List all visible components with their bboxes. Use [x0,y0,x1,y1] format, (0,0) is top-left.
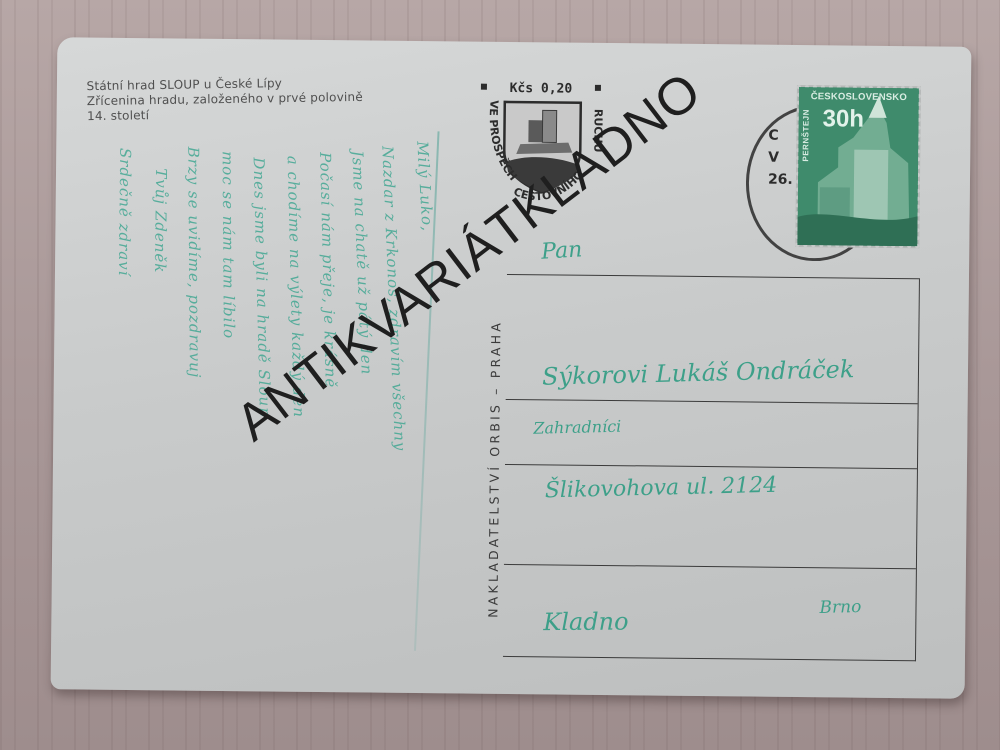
svg-text:Kčs 0,20: Kčs 0,20 [510,81,573,97]
stamp-value: 30h [822,105,864,133]
caption-line: 14. století [87,105,363,124]
address-line [506,399,918,404]
stamp-country: ČESKOSLOVENSKO [803,91,915,103]
postage-stamp: ČESKOSLOVENSKO 30h PERNŠTEJN [797,87,919,246]
address-title: Zahradníci [533,417,621,438]
handwriting-column: Tvůj Zdeněk [151,168,170,273]
address-district: Brno [819,597,861,618]
address-line [504,564,916,569]
address-city: Kladno [543,608,628,637]
handwriting-column: Brzy se uvidíme, pozdravuj [184,147,204,379]
publisher-imprint: NAKLADATELSTVÍ ORBIS – PRAHA [485,274,504,664]
postmark-letter: C [768,125,793,147]
address-line [507,274,919,279]
postmark-date: 26. [768,169,793,191]
address-line [505,464,917,469]
stamp-place: PERNŠTEJN [801,109,811,162]
handwriting-column: moc se nám tam líbilo [219,151,238,339]
address-salutation: Pan [541,237,584,264]
handwriting-column: Srdečně zdraví [115,148,134,277]
postcard-back: Státní hrad SLOUP u České Lípy Zřícenina… [51,37,972,699]
printed-caption: Státní hrad SLOUP u České Lípy Zřícenina… [86,75,363,124]
postmark-text: C V 26. [768,125,794,191]
postmark-letter: V [768,147,793,169]
